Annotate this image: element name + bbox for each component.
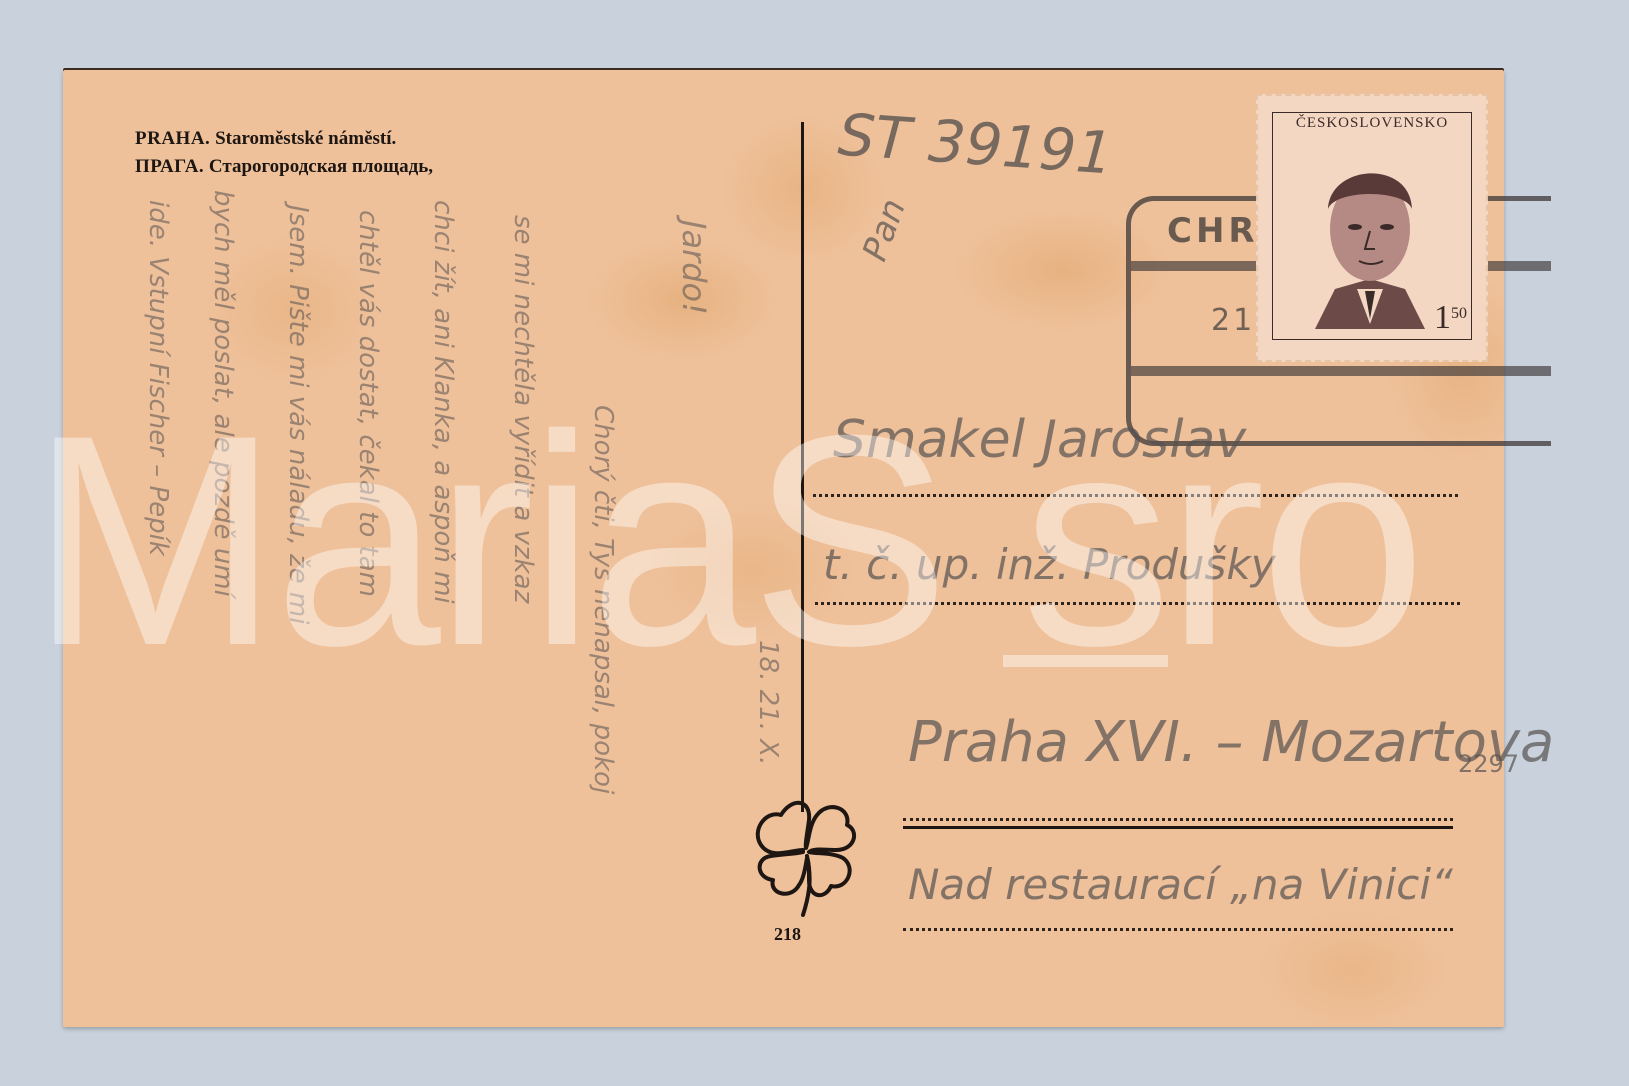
card-number: 218	[774, 924, 801, 945]
stamp-value-sup: 50	[1451, 305, 1467, 322]
stamp-frame: ČESKOSLOVENSKO 150	[1272, 112, 1472, 340]
address-solid-line	[903, 826, 1453, 829]
address-dotted-line	[903, 818, 1453, 821]
address-line-4: Nad restaurací „na Vinici“	[908, 860, 1453, 909]
caption-czech-place: Staroměstské náměstí.	[215, 128, 396, 149]
caption-czech: PRAHA. Staroměstské náměstí.	[135, 128, 396, 150]
address-salutation: Pan	[855, 194, 914, 267]
message-greeting: Jardo!	[675, 220, 713, 315]
inventory-note: ST 39191	[836, 100, 1115, 187]
watermark: MariaS sro	[30, 390, 1420, 690]
caption-russian-city: ПРАГА.	[135, 156, 204, 177]
address-dotted-line	[903, 928, 1453, 931]
stamp-portrait-icon	[1295, 139, 1445, 329]
stamp-value: 150	[1434, 299, 1467, 337]
address-house-number: 2297	[1458, 750, 1519, 778]
clover-logo-icon	[751, 790, 861, 920]
caption-russian: ПРАГА. Старогородская площадь,	[135, 156, 433, 178]
caption-czech-city: PRAHA.	[135, 128, 210, 149]
stamp-country: ČESKOSLOVENSKO	[1275, 115, 1469, 132]
caption-russian-place: Старогородская площадь,	[209, 156, 433, 177]
postage-stamp: ČESKOSLOVENSKO 150	[1256, 94, 1488, 362]
watermark-underscore	[1003, 655, 1168, 667]
stamp-value-main: 1	[1434, 299, 1451, 336]
